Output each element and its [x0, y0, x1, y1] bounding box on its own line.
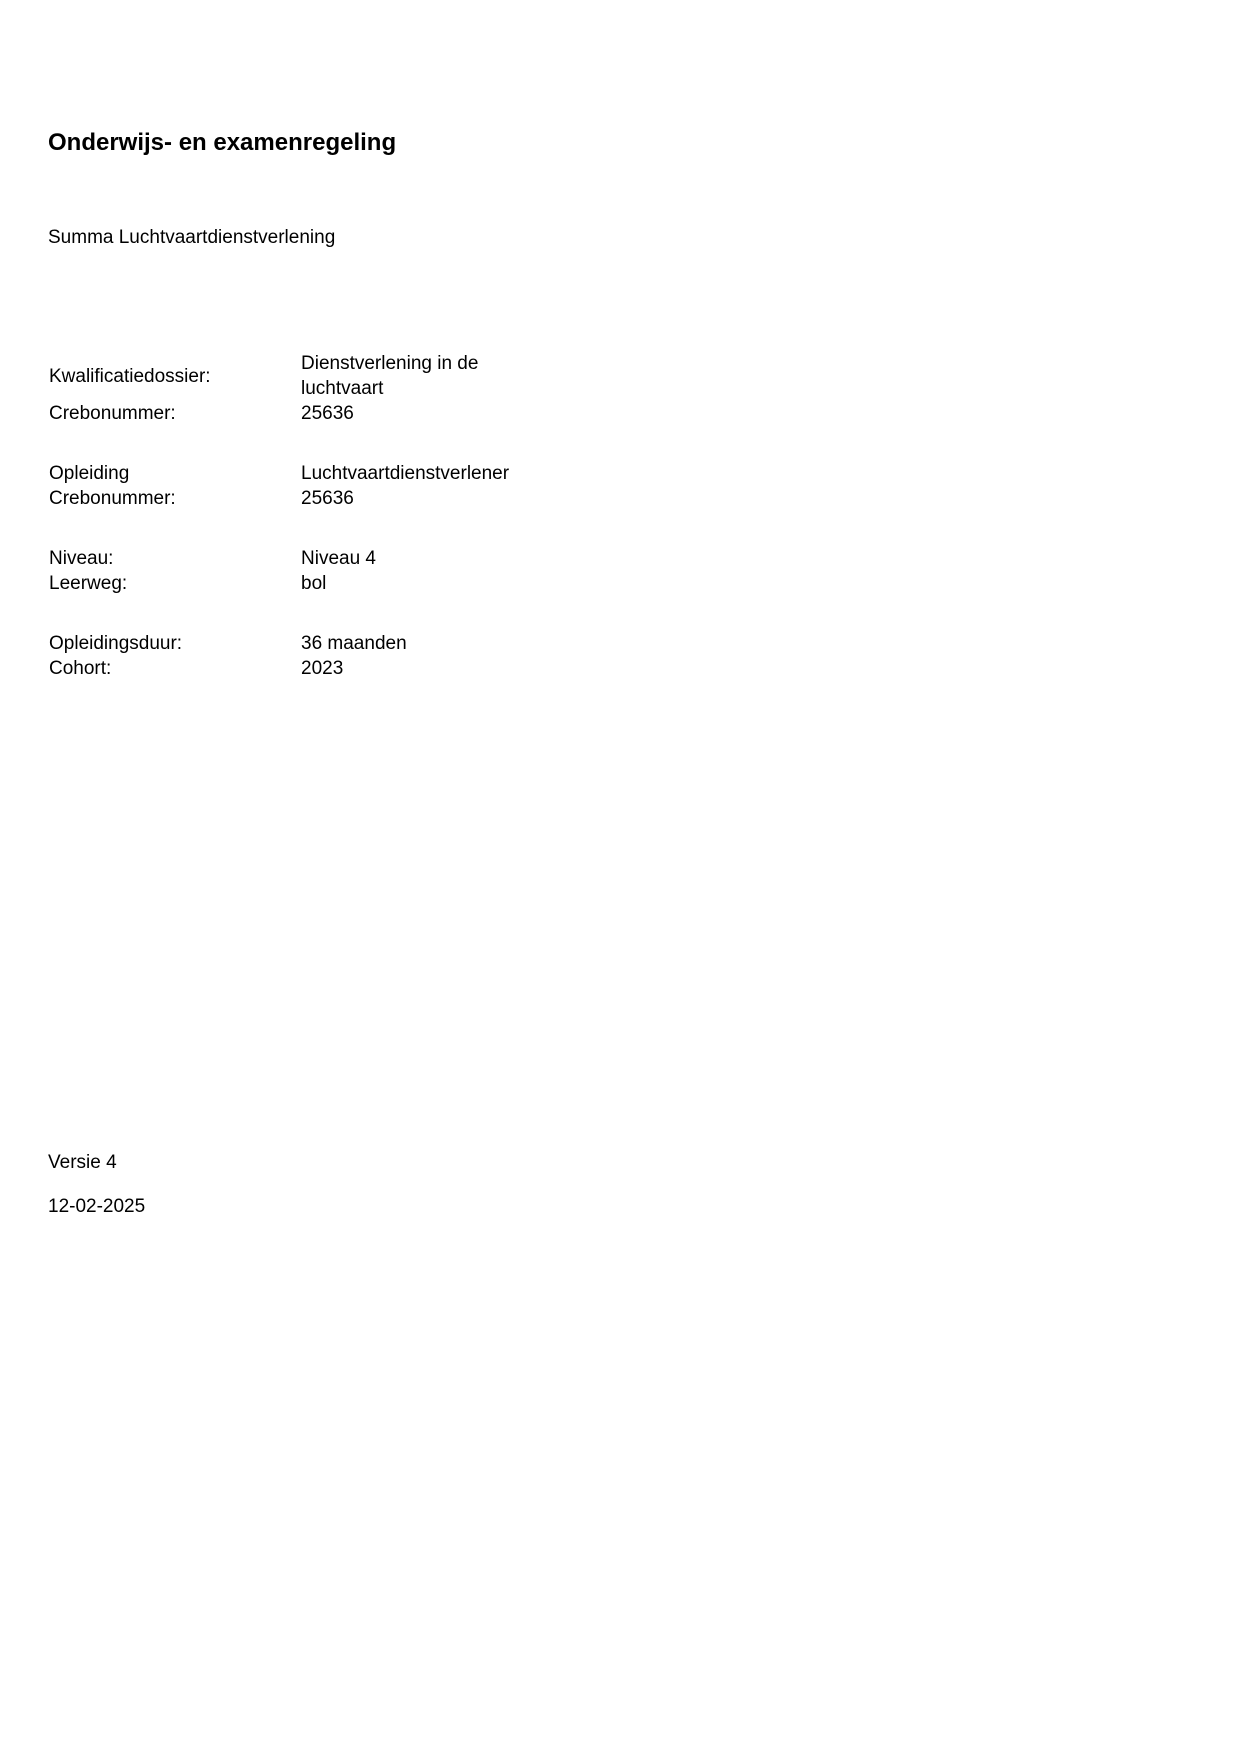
row-niveau: Niveau: Niveau 4	[49, 546, 569, 571]
row-opleidingsduur: Opleidingsduur: 36 maanden	[49, 631, 569, 656]
label-opl-crebonummer: Crebonummer:	[49, 486, 301, 511]
row-kd-crebonummer: Crebonummer: 25636	[49, 401, 569, 426]
row-leerweg: Leerweg: bol	[49, 571, 569, 596]
row-opleiding: Opleiding Luchtvaartdienstverlener	[49, 461, 569, 486]
version-text: Versie 4	[48, 1152, 117, 1174]
label-cohort: Cohort:	[49, 656, 301, 681]
label-niveau: Niveau:	[49, 546, 301, 571]
value-niveau: Niveau 4	[301, 546, 541, 571]
value-cohort: 2023	[301, 656, 541, 681]
value-opl-crebonummer: 25636	[301, 486, 541, 511]
label-opleiding: Opleiding	[49, 461, 301, 486]
label-leerweg: Leerweg:	[49, 571, 301, 596]
row-opl-crebonummer: Crebonummer: 25636	[49, 486, 569, 511]
value-opleiding: Luchtvaartdienstverlener	[301, 461, 541, 486]
info-table: Kwalificatiedossier: Dienstverlening in …	[49, 351, 569, 681]
value-kd-crebonummer: 25636	[301, 401, 541, 426]
document-title: Onderwijs- en examenregeling	[48, 129, 396, 157]
label-kd-crebonummer: Crebonummer:	[49, 401, 301, 426]
value-leerweg: bol	[301, 571, 541, 596]
value-kwalificatiedossier: Dienstverlening in de luchtvaart	[301, 351, 541, 401]
label-kwalificatiedossier: Kwalificatiedossier:	[49, 364, 301, 389]
row-cohort: Cohort: 2023	[49, 656, 569, 681]
document-subtitle: Summa Luchtvaartdienstverlening	[48, 227, 335, 249]
value-opleidingsduur: 36 maanden	[301, 631, 541, 656]
row-kwalificatiedossier: Kwalificatiedossier: Dienstverlening in …	[49, 351, 569, 401]
label-opleidingsduur: Opleidingsduur:	[49, 631, 301, 656]
date-text: 12-02-2025	[48, 1196, 145, 1218]
